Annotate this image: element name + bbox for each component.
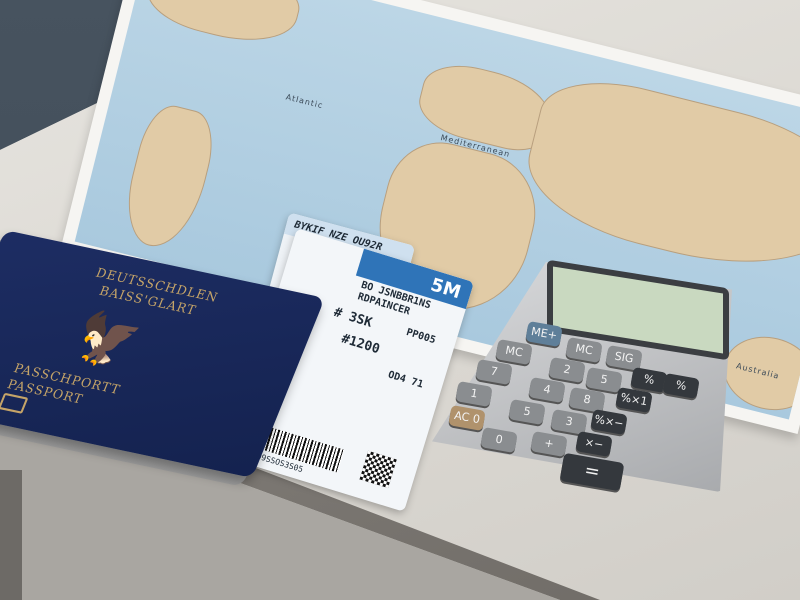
- map-label: Atlantic: [285, 92, 324, 110]
- pass-seat: # 3SK: [332, 305, 374, 331]
- pass-flight: #1200: [340, 331, 382, 357]
- eagle-emblem-icon: 🦅: [60, 303, 154, 378]
- desk-leg: [0, 470, 22, 600]
- qr-code: [359, 451, 396, 488]
- calculator: ME+MCMCSIG725%%148%×1AC 053%×−0+×−=: [432, 262, 732, 492]
- map-asia: [515, 66, 800, 291]
- scene: Atlantic Indian Ocean Mediterranean Aust…: [0, 0, 800, 600]
- pass-gate: OD4 71: [387, 369, 425, 390]
- map-north-america: [141, 0, 306, 54]
- map-south-america: [117, 100, 221, 255]
- biometric-chip-icon: [0, 393, 28, 414]
